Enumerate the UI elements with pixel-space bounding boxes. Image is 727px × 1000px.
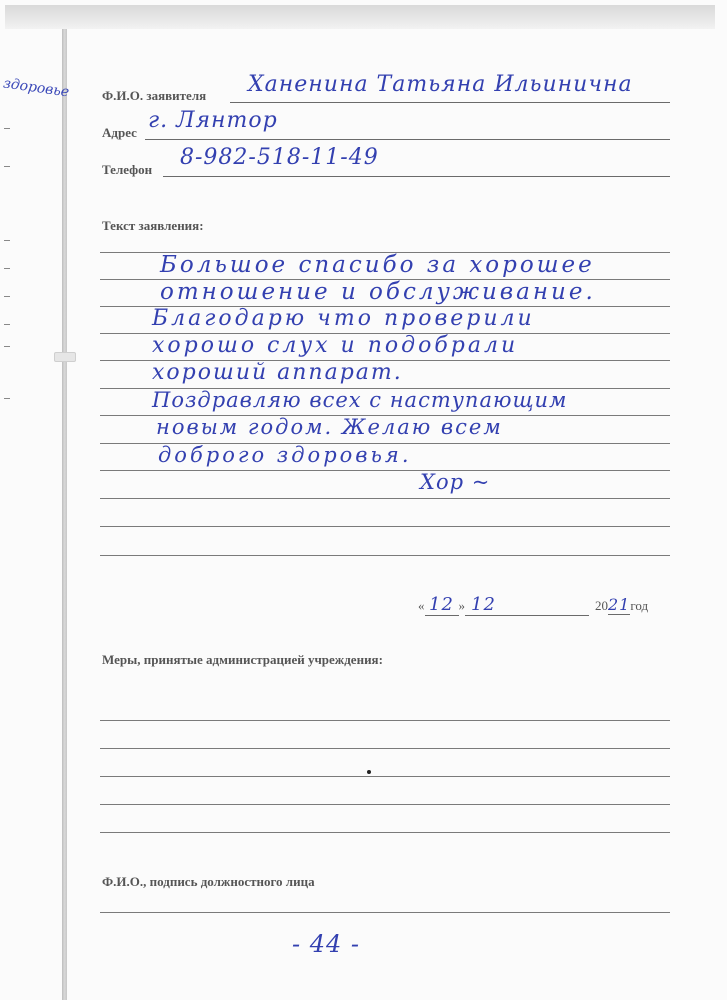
margin-tick — [4, 346, 10, 347]
date-year-suffix: 21 — [608, 595, 630, 615]
date-year-word: год — [630, 598, 648, 613]
margin-tick — [4, 240, 10, 241]
margin-tick — [4, 166, 10, 167]
binder-clip — [54, 352, 76, 362]
address-line — [145, 139, 670, 140]
applicant-label: Ф.И.О. заявителя — [102, 88, 206, 104]
address-value: г. Лянтор — [148, 108, 278, 133]
margin-tick — [4, 296, 10, 297]
text-line: новым годом. Желаю всем — [156, 415, 503, 439]
rule-line — [100, 526, 670, 527]
phone-label: Телефон — [102, 162, 152, 178]
date-year-prefix: 20 — [595, 598, 608, 613]
text-line: хорошо слух и подобрали — [152, 333, 518, 358]
phone-line — [163, 176, 670, 177]
margin-note: здоровье — [2, 75, 70, 100]
measures-line — [100, 720, 670, 721]
margin-tick — [4, 398, 10, 399]
date-row: «12»122021год — [418, 594, 648, 616]
date-month: 12 — [465, 594, 589, 616]
measures-line — [100, 832, 670, 833]
text-line: Поздравляю всех с наступающим — [152, 388, 567, 412]
phone-value: 8-982-518-11-49 — [180, 145, 379, 170]
address-label: Адрес — [102, 125, 137, 141]
page-number: - 44 - — [292, 930, 360, 958]
margin-tick — [4, 128, 10, 129]
text-line: Благодарю что проверили — [152, 306, 535, 331]
text-line: доброго здоровья. — [158, 443, 412, 467]
text-label: Текст заявления: — [102, 218, 204, 234]
applicant-line — [230, 102, 670, 103]
measures-line — [100, 776, 670, 777]
applicant-value: Ханенина Татьяна Ильинична — [248, 72, 633, 97]
official-label: Ф.И.О., подпись должностного лица — [102, 874, 315, 890]
measures-label: Меры, принятые администрацией учреждения… — [102, 652, 383, 668]
text-line: Большое спасибо за хорошее — [160, 252, 595, 278]
scanner-edge — [5, 5, 715, 29]
rule-line — [100, 498, 670, 499]
binder-spine — [62, 29, 67, 1000]
rule-line — [100, 470, 670, 471]
date-day: 12 — [425, 594, 459, 616]
official-line — [100, 912, 670, 913]
measures-line — [100, 748, 670, 749]
signature: Хор ~ — [420, 470, 490, 494]
text-line: хороший аппарат. — [152, 360, 403, 385]
rule-line — [100, 555, 670, 556]
measures-line — [100, 804, 670, 805]
text-line: отношение и обслуживание. — [160, 279, 596, 305]
ink-spot — [367, 770, 371, 774]
margin-tick — [4, 324, 10, 325]
margin-tick — [4, 268, 10, 269]
